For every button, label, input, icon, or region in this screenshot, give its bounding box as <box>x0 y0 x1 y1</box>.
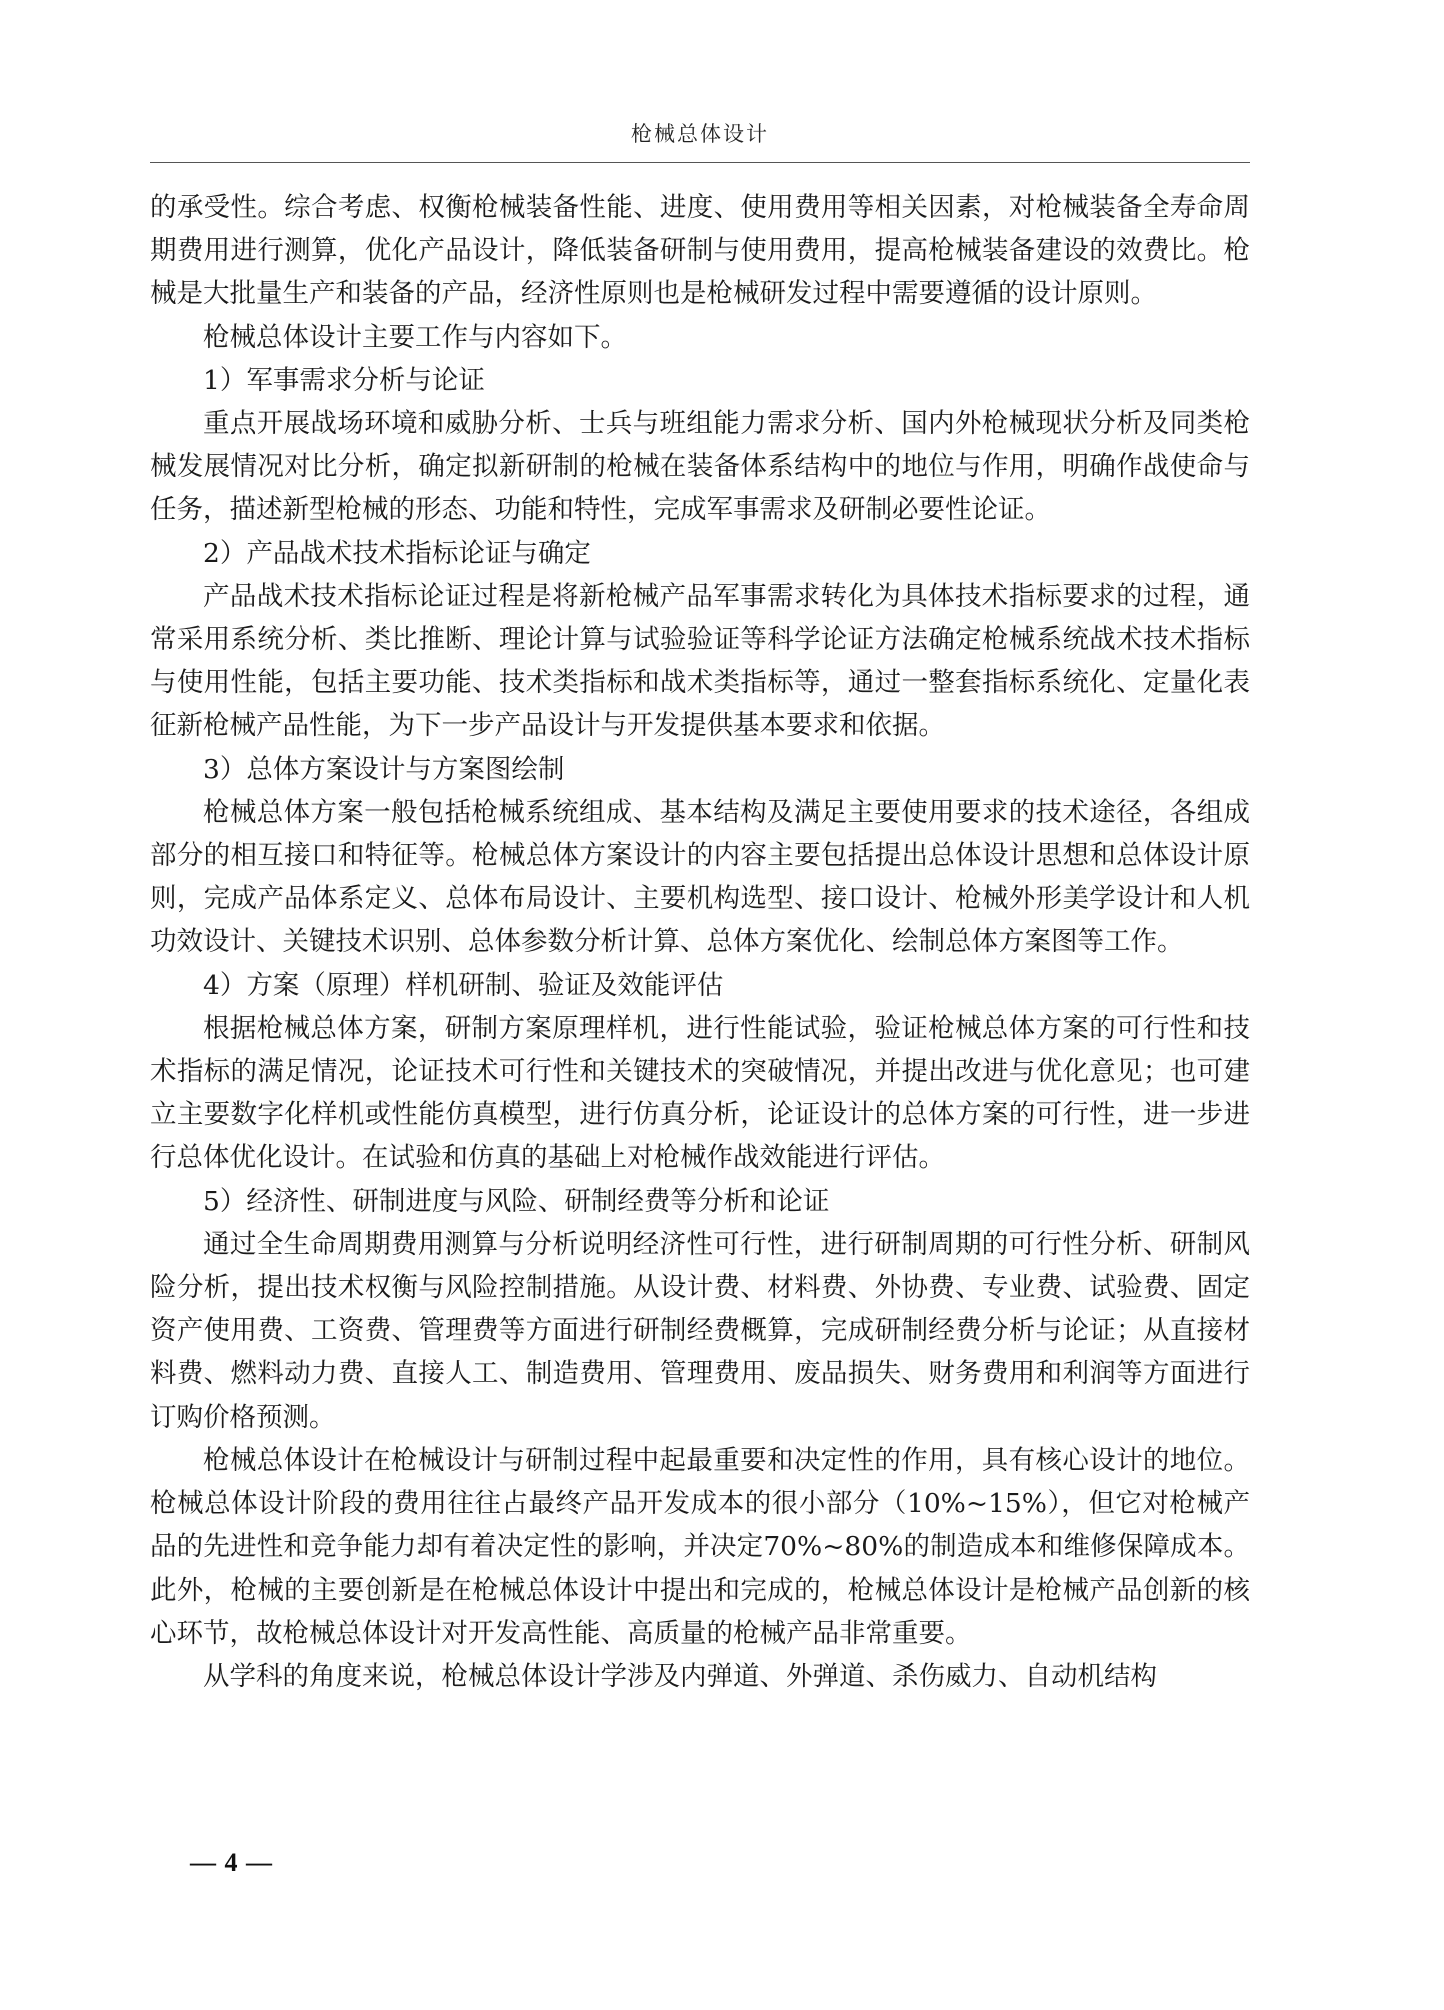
paragraph-intro: 枪械总体设计主要工作与内容如下。 <box>150 316 1250 359</box>
section-heading-4: 4）方案（原理）样机研制、验证及效能评估 <box>150 964 1250 1007</box>
paragraph-importance: 枪械总体设计在枪械设计与研制过程中起最重要和决定性的作用，具有核心设计的地位。枪… <box>150 1439 1250 1655</box>
paragraph-military-requirements: 重点开展战场环境和威胁分析、士兵与班组能力需求分析、国内外枪械现状分析及同类枪械… <box>150 402 1250 532</box>
section-heading-1: 1）军事需求分析与论证 <box>150 359 1250 402</box>
section-heading-2: 2）产品战术技术指标论证与确定 <box>150 532 1250 575</box>
section-heading-5: 5）经济性、研制进度与风险、研制经费等分析和论证 <box>150 1180 1250 1223</box>
paragraph-overall-scheme: 枪械总体方案一般包括枪械系统组成、基本结构及满足主要使用要求的技术途径，各组成部… <box>150 791 1250 964</box>
running-header: 枪械总体设计 <box>150 118 1250 148</box>
body-text: 的承受性。综合考虑、权衡枪械装备性能、进度、使用费用等相关因素，对枪械装备全寿命… <box>150 186 1250 1698</box>
header-rule <box>150 162 1250 163</box>
paragraph-continuation: 的承受性。综合考虑、权衡枪械装备性能、进度、使用费用等相关因素，对枪械装备全寿命… <box>150 186 1250 316</box>
paragraph-tactical-indicators: 产品战术技术指标论证过程是将新枪械产品军事需求转化为具体技术指标要求的过程，通常… <box>150 575 1250 748</box>
paragraph-discipline: 从学科的角度来说，枪械总体设计学涉及内弹道、外弹道、杀伤威力、自动机结构 <box>150 1655 1250 1698</box>
page-number: — 4 — <box>190 1848 273 1878</box>
paragraph-prototype: 根据枪械总体方案，研制方案原理样机，进行性能试验，验证枪械总体方案的可行性和技术… <box>150 1007 1250 1180</box>
paragraph-economics: 通过全生命周期费用测算与分析说明经济性可行性，进行研制周期的可行性分析、研制风险… <box>150 1223 1250 1439</box>
section-heading-3: 3）总体方案设计与方案图绘制 <box>150 748 1250 791</box>
